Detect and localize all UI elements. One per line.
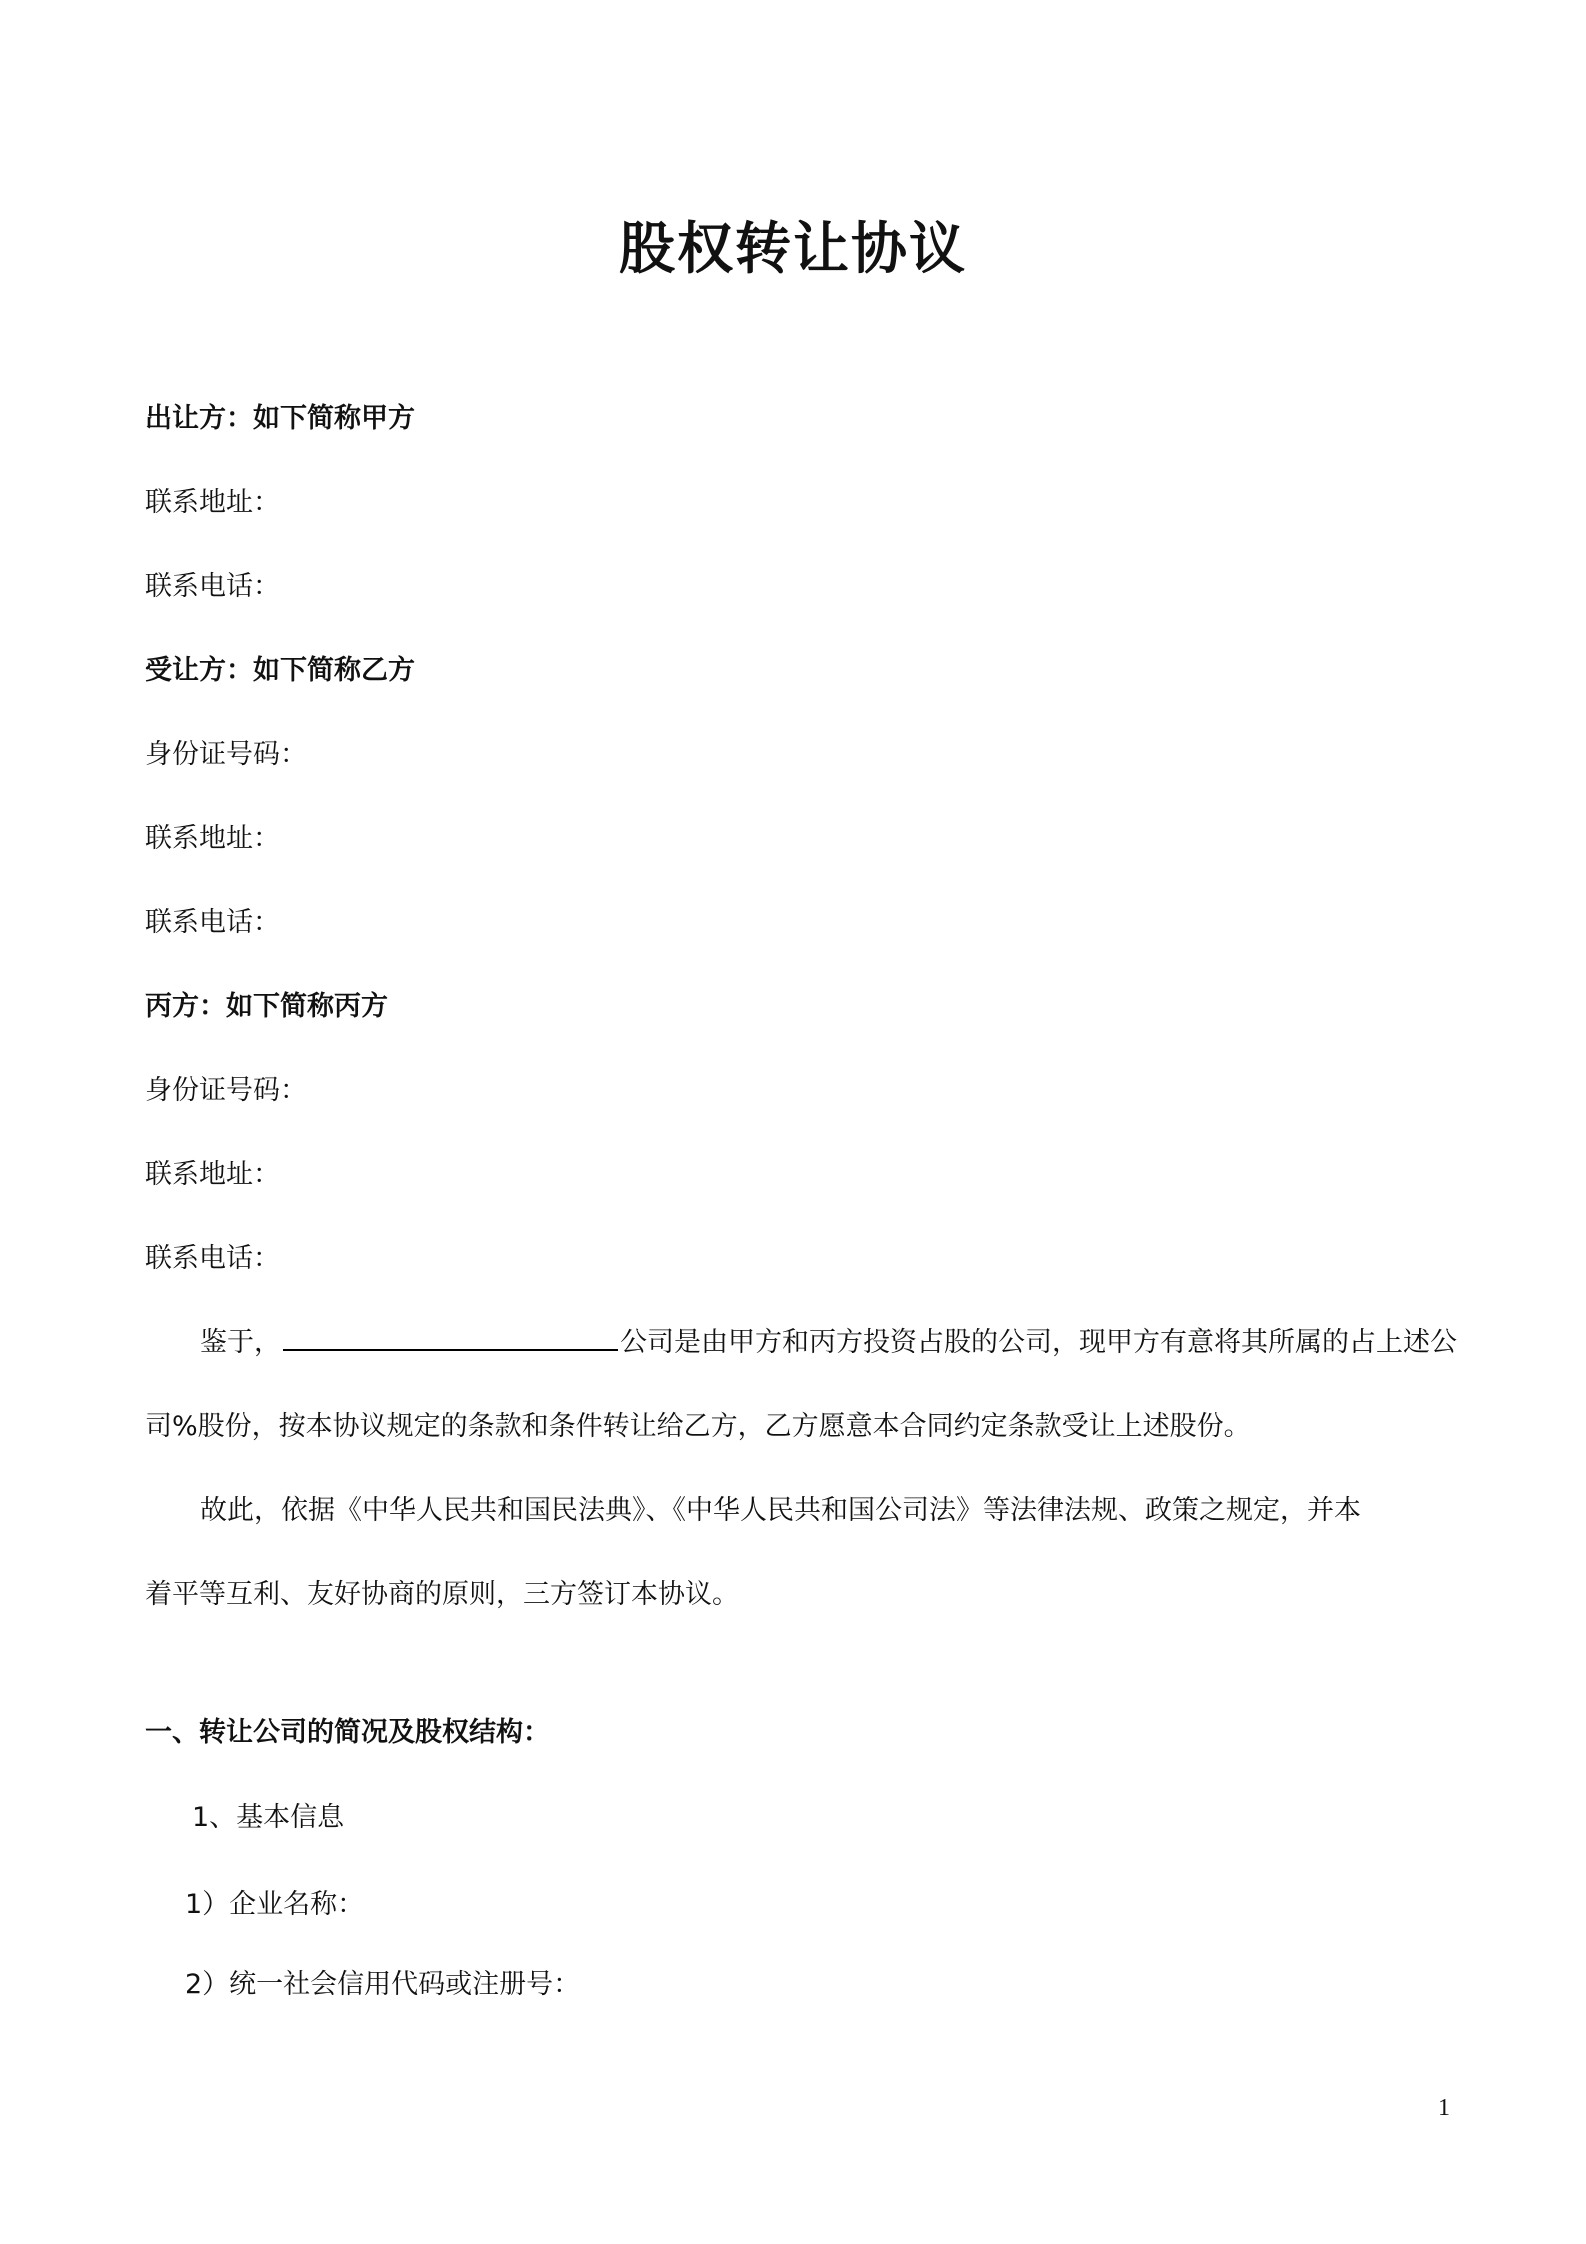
section-1-heading: 一、转让公司的简况及股权结构： [145,1710,550,1749]
recital-line-1: 鉴于，公司是由甲方和丙方投资占股的公司，现甲方有意将其所属的占上述公 [200,1320,1500,1359]
recital-prefix: 鉴于， [200,1327,281,1358]
section-1-subheading: 1、基本信息 [192,1795,344,1834]
party-c-address-label: 联系地址： [145,1152,280,1191]
recital-line-2: 司%股份，按本协议规定的条款和条件转让给乙方，乙方愿意本合同约定条款受让上述股份… [145,1404,1445,1443]
company-name-item: 1）企业名称： [185,1882,364,1921]
credit-code-item: 2）统一社会信用代码或注册号： [185,1962,580,2001]
document-title: 股权转让协议 [0,205,1586,285]
basis-line-1: 故此，依据《中华人民共和国民法典》、《中华人民共和国公司法》等法律法规、政策之规… [200,1488,1500,1527]
transferor-phone-label: 联系电话： [145,564,280,603]
recital-suffix: 公司是由甲方和丙方投资占股的公司，现甲方有意将其所属的占上述公 [620,1327,1457,1358]
document-page: 股权转让协议 出让方：如下简称甲方 联系地址： 联系电话： 受让方：如下简称乙方… [0,0,1586,2244]
party-c-id-label: 身份证号码： [145,1068,307,1107]
transferee-label: 受让方：如下简称乙方 [145,648,415,687]
party-c-label: 丙方：如下简称丙方 [145,984,388,1023]
transferor-label: 出让方：如下简称甲方 [145,396,415,435]
transferee-id-label: 身份证号码： [145,732,307,771]
company-name-blank[interactable] [283,1327,618,1351]
basis-line-2: 着平等互利、友好协商的原则，三方签订本协议。 [145,1572,1445,1611]
transferee-phone-label: 联系电话： [145,900,280,939]
transferee-address-label: 联系地址： [145,816,280,855]
page-number: 1 [1438,2095,1450,2122]
party-c-phone-label: 联系电话： [145,1236,280,1275]
transferor-address-label: 联系地址： [145,480,280,519]
